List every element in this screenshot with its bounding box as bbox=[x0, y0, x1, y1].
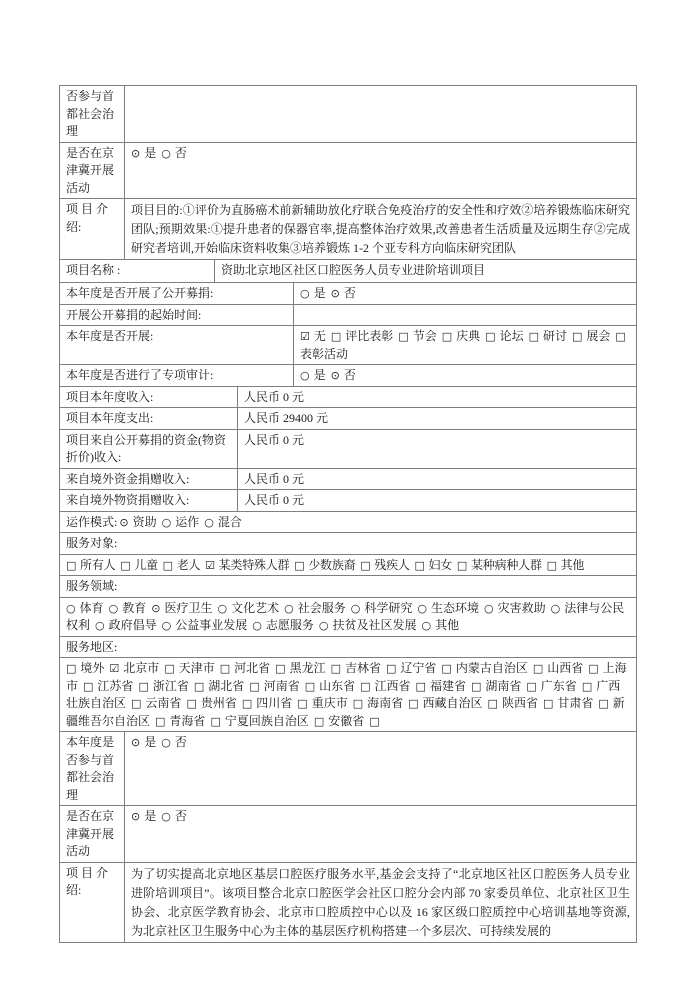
section-label: 服务对象: bbox=[60, 533, 637, 555]
form-option: □ 展会 bbox=[572, 329, 610, 343]
option-label: 山东省 bbox=[319, 679, 355, 693]
checkbox-unchecked-icon: □ bbox=[194, 680, 204, 693]
row-overseas-funds-income: 来自境外资金捐赠收入: 人民币 0 元 bbox=[60, 468, 637, 490]
option-label: 医疗卫生 bbox=[164, 601, 212, 615]
form-option: ○ 否 bbox=[161, 735, 187, 749]
form-option: □ 贵州省 bbox=[186, 696, 236, 710]
field-label: 来自境外资金捐赠收入: bbox=[60, 468, 238, 490]
form-option: □ 重庆市 bbox=[297, 696, 347, 710]
service-target-checkbox-group: □ 所有人 □ 儿童 □ 老人 ☑ 某类特殊人群 □ 少数族裔 □ 残疾人 □ … bbox=[60, 554, 637, 576]
field-label: 项 目 介 绍: bbox=[60, 862, 125, 942]
radio-unselected-icon: ○ bbox=[162, 619, 172, 632]
option-label: 甘肃省 bbox=[557, 696, 593, 710]
form-option: ○ 否 bbox=[161, 146, 187, 160]
option-label: 是 bbox=[144, 735, 156, 749]
form-option: ○ 政府倡导 bbox=[95, 618, 157, 632]
form-option: □ 山东省 bbox=[305, 679, 355, 693]
checkbox-unchecked-icon: □ bbox=[543, 697, 553, 710]
row-service-field-options: ○ 体育 ○ 教育 ⊙ 医疗卫生 ○ 文化艺术 ○ 社会服务 ○ 科学研究 ○ … bbox=[60, 597, 637, 636]
form-option: □ 庆典 bbox=[442, 329, 480, 343]
row-operation-mode: 运作模式:⊙ 资助 ○ 运作 ○ 混合 bbox=[60, 511, 637, 533]
option-label: 庆典 bbox=[456, 329, 480, 343]
form-option: □ 节会 bbox=[398, 329, 436, 343]
form-option: □ bbox=[369, 714, 380, 728]
checkbox-unchecked-icon: □ bbox=[164, 662, 174, 675]
checkbox-unchecked-icon: □ bbox=[155, 715, 165, 728]
form-option: ○ 科学研究 bbox=[351, 601, 413, 615]
amount-value: 人民币 0 元 bbox=[238, 386, 637, 408]
option-label: 体育 bbox=[80, 601, 104, 615]
radio-unselected-icon: ○ bbox=[300, 369, 310, 382]
radio-unselected-icon: ○ bbox=[422, 619, 432, 632]
option-label: 吉林省 bbox=[345, 661, 381, 675]
option-label: 河南省 bbox=[264, 679, 300, 693]
field-label: 本年度是否开展了公开募捐: bbox=[60, 283, 294, 305]
option-label: 福建省 bbox=[430, 679, 466, 693]
field-label: 是否在京津冀开展活动 bbox=[60, 806, 125, 863]
option-label: 科学研究 bbox=[364, 601, 412, 615]
row-project-name: 项目名称 : 资助北京地区社区口腔医务人员专业进阶培训项目 bbox=[60, 260, 637, 283]
checkbox-unchecked-icon: □ bbox=[163, 559, 173, 572]
option-label: 某类特殊人群 bbox=[219, 558, 290, 572]
row-service-field-header: 服务领域: bbox=[60, 576, 637, 598]
row-overseas-goods-income: 来自境外物资捐赠收入: 人民币 0 元 bbox=[60, 490, 637, 512]
checkbox-unchecked-icon: □ bbox=[360, 559, 370, 572]
option-label: 否 bbox=[344, 368, 356, 382]
option-label: 运作 bbox=[175, 515, 199, 529]
option-label: 灾害救助 bbox=[498, 601, 546, 615]
checkbox-unchecked-icon: □ bbox=[582, 680, 592, 693]
form-option: □ 陕西省 bbox=[488, 696, 538, 710]
checkbox-unchecked-icon: □ bbox=[533, 662, 543, 675]
form-option: □ 青海省 bbox=[155, 714, 205, 728]
radio-unselected-icon: ○ bbox=[351, 602, 361, 615]
option-label: 其他 bbox=[561, 558, 585, 572]
form-option: □ 湖北省 bbox=[194, 679, 244, 693]
form-option: □ 所有人 bbox=[66, 558, 115, 572]
option-label: 节会 bbox=[413, 329, 437, 343]
form-option: ⊙ 是 bbox=[131, 146, 156, 160]
row-fundraising-start-time: 开展公开募捐的起始时间: bbox=[60, 304, 637, 326]
form-option: □ 江苏省 bbox=[83, 679, 133, 693]
form-option: □ 研讨 bbox=[529, 329, 567, 343]
checkbox-unchecked-icon: □ bbox=[331, 330, 341, 343]
yes-no-radio-group: ⊙ 是 ○ 否 bbox=[125, 806, 637, 863]
form-option: □ 少数族裔 bbox=[294, 558, 355, 572]
form-option: □ 云南省 bbox=[131, 696, 181, 710]
amount-value: 人民币 0 元 bbox=[238, 490, 637, 512]
form-option: □ 江西省 bbox=[360, 679, 410, 693]
form-option: ○ 运作 bbox=[162, 515, 200, 529]
checkbox-unchecked-icon: □ bbox=[441, 662, 451, 675]
form-option: □ 宁夏回族自治区 bbox=[210, 714, 308, 728]
checkbox-unchecked-icon: □ bbox=[305, 680, 315, 693]
option-label: 内蒙古自治区 bbox=[456, 661, 528, 675]
operation-mode-radio-group: 运作模式:⊙ 资助 ○ 运作 ○ 混合 bbox=[60, 511, 637, 533]
form-option: □ 福建省 bbox=[416, 679, 466, 693]
checkbox-unchecked-icon: □ bbox=[386, 662, 396, 675]
option-label: 云南省 bbox=[145, 696, 181, 710]
checkbox-unchecked-icon: □ bbox=[408, 697, 418, 710]
form-option: □ 论坛 bbox=[485, 329, 523, 343]
form-option: □ 残疾人 bbox=[360, 558, 409, 572]
option-label: 儿童 bbox=[134, 558, 158, 572]
form-option: □ 河北省 bbox=[220, 661, 270, 675]
field-value bbox=[294, 304, 637, 326]
form-option: ⊙ 否 bbox=[331, 286, 356, 300]
row-annual-income: 项目本年度收入: 人民币 0 元 bbox=[60, 386, 637, 408]
option-label: 少数族裔 bbox=[308, 558, 355, 572]
field-label: 运作模式: bbox=[66, 515, 117, 529]
field-label: 来自境外物资捐赠收入: bbox=[60, 490, 238, 512]
checkbox-unchecked-icon: □ bbox=[360, 680, 370, 693]
checkbox-unchecked-icon: □ bbox=[131, 697, 141, 710]
field-label: 开展公开募捐的起始时间: bbox=[60, 304, 294, 326]
option-label: 辽宁省 bbox=[400, 661, 436, 675]
option-label: 生态环境 bbox=[431, 601, 479, 615]
option-label: 妇女 bbox=[429, 558, 453, 572]
radio-unselected-icon: ○ bbox=[252, 619, 262, 632]
checkbox-unchecked-icon: □ bbox=[120, 559, 130, 572]
checkbox-checked-icon: ☑ bbox=[109, 662, 119, 675]
checkbox-unchecked-icon: □ bbox=[471, 680, 481, 693]
option-label: 扶贫及社区发展 bbox=[333, 618, 417, 632]
option-label: 天津市 bbox=[179, 661, 215, 675]
checkbox-checked-icon: ☑ bbox=[300, 330, 310, 343]
form-option: □ 安徽省 bbox=[314, 714, 364, 728]
form-option: ⊙ 否 bbox=[331, 368, 356, 382]
radio-unselected-icon: ○ bbox=[109, 602, 119, 615]
row-annual-expenditure: 项目本年度支出: 人民币 29400 元 bbox=[60, 408, 637, 430]
checkbox-unchecked-icon: □ bbox=[275, 662, 285, 675]
option-label: 是 bbox=[144, 146, 156, 160]
checkbox-unchecked-icon: □ bbox=[369, 715, 379, 728]
project-intro-text: 为了切实提高北京地区基层口腔医疗服务水平,基金会支持了“北京地区社区口腔医务人员… bbox=[125, 862, 637, 942]
form-option: □ 境外 bbox=[66, 661, 104, 675]
option-label: 某种病种人群 bbox=[471, 558, 542, 572]
row-service-target-header: 服务对象: bbox=[60, 533, 637, 555]
checkbox-unchecked-icon: □ bbox=[572, 330, 582, 343]
form-option: ☑ 某类特殊人群 bbox=[205, 558, 289, 572]
form-option: ○ 社会服务 bbox=[284, 601, 346, 615]
checkbox-unchecked-icon: □ bbox=[138, 680, 148, 693]
annual-report-form-table: 否参与首都社会治理 是否在京津冀开展活动 ⊙ 是 ○ 否 项 目 介 绍: 项目… bbox=[59, 85, 637, 943]
amount-value: 人民币 0 元 bbox=[238, 429, 637, 468]
form-option: ⊙ 医疗卫生 bbox=[151, 601, 212, 615]
option-label: 否 bbox=[344, 286, 356, 300]
row-jingjinji-activities: 是否在京津冀开展活动 ⊙ 是 ○ 否 bbox=[60, 142, 637, 199]
radio-unselected-icon: ○ bbox=[204, 516, 214, 529]
project-intro-text: 项目目的:①评价为直肠癌术前新辅助放化疗联合免疫治疗的安全性和疗效②培养锻炼临床… bbox=[125, 199, 637, 260]
field-label: 本年度是否进行了专项审计: bbox=[60, 365, 294, 387]
form-option: ⊙ 是 bbox=[131, 735, 156, 749]
yes-no-radio-group: ⊙ 是 ○ 否 bbox=[125, 142, 637, 199]
checkbox-unchecked-icon: □ bbox=[526, 680, 536, 693]
radio-unselected-icon: ○ bbox=[161, 736, 171, 749]
option-label: 北京市 bbox=[123, 661, 159, 675]
form-option: ⊙ 是 bbox=[131, 809, 156, 823]
field-label: 是否在京津冀开展活动 bbox=[60, 142, 125, 199]
option-label: 其他 bbox=[435, 618, 459, 632]
option-label: 无 bbox=[314, 329, 326, 343]
option-label: 否 bbox=[175, 809, 187, 823]
option-label: 评比表彰 bbox=[345, 329, 393, 343]
checkbox-unchecked-icon: □ bbox=[529, 330, 539, 343]
row-public-fundraising: 本年度是否开展了公开募捐: ○ 是 ⊙ 否 bbox=[60, 283, 637, 305]
form-option: □ 老人 bbox=[163, 558, 201, 572]
form-option: □ 浙江省 bbox=[138, 679, 188, 693]
checkbox-unchecked-icon: □ bbox=[220, 662, 230, 675]
radio-selected-icon: ⊙ bbox=[331, 287, 340, 300]
yes-no-radio-group: ○ 是 ⊙ 否 bbox=[294, 283, 637, 305]
activity-checkbox-group: ☑ 无 □ 评比表彰 □ 节会 □ 庆典 □ 论坛 □ 研讨 □ 展会 □ 表彰… bbox=[294, 326, 637, 365]
form-option: ○ 是 bbox=[300, 286, 326, 300]
radio-unselected-icon: ○ bbox=[161, 810, 171, 823]
radio-selected-icon: ⊙ bbox=[331, 369, 340, 382]
checkbox-unchecked-icon: □ bbox=[485, 330, 495, 343]
checkbox-unchecked-icon: □ bbox=[353, 697, 363, 710]
field-label: 本年度是否开展: bbox=[60, 326, 294, 365]
document-page: 否参与首都社会治理 是否在京津冀开展活动 ⊙ 是 ○ 否 项 目 介 绍: 项目… bbox=[0, 0, 700, 989]
option-label: 海南省 bbox=[367, 696, 403, 710]
section-label: 服务领域: bbox=[60, 576, 637, 598]
option-label: 是 bbox=[314, 368, 326, 382]
form-option: □ 妇女 bbox=[414, 558, 452, 572]
option-label: 河北省 bbox=[234, 661, 270, 675]
form-option: ○ 灾害救助 bbox=[484, 601, 546, 615]
option-label: 境外 bbox=[80, 661, 104, 675]
form-option: ○ 其他 bbox=[422, 618, 460, 632]
checkbox-unchecked-icon: □ bbox=[416, 680, 426, 693]
option-label: 江苏省 bbox=[97, 679, 133, 693]
radio-unselected-icon: ○ bbox=[551, 602, 561, 615]
option-label: 湖南省 bbox=[485, 679, 521, 693]
option-label: 社会服务 bbox=[298, 601, 346, 615]
option-label: 公益事业发展 bbox=[175, 618, 247, 632]
service-area-checkbox-group: □ 境外 ☑ 北京市 □ 天津市 □ 河北省 □ 黑龙江 □ 吉林省 □ 辽宁省… bbox=[60, 658, 637, 732]
row-capital-governance-continued: 否参与首都社会治理 bbox=[60, 86, 637, 143]
checkbox-unchecked-icon: □ bbox=[210, 715, 220, 728]
checkbox-unchecked-icon: □ bbox=[442, 330, 452, 343]
checkbox-unchecked-icon: □ bbox=[488, 697, 498, 710]
form-option: □ 辽宁省 bbox=[386, 661, 436, 675]
form-option: □ 黑龙江 bbox=[275, 661, 325, 675]
checkbox-unchecked-icon: □ bbox=[314, 715, 324, 728]
option-label: 四川省 bbox=[256, 696, 292, 710]
field-label: 项目名称 : bbox=[60, 260, 215, 283]
row-activities-held: 本年度是否开展: ☑ 无 □ 评比表彰 □ 节会 □ 庆典 □ 论坛 □ 研讨 … bbox=[60, 326, 637, 365]
checkbox-unchecked-icon: □ bbox=[331, 662, 341, 675]
option-label: 江西省 bbox=[375, 679, 411, 693]
amount-value: 人民币 29400 元 bbox=[238, 408, 637, 430]
radio-unselected-icon: ○ bbox=[484, 602, 494, 615]
option-label: 西藏自治区 bbox=[423, 696, 483, 710]
option-label: 是 bbox=[144, 809, 156, 823]
checkbox-unchecked-icon: □ bbox=[66, 559, 76, 572]
form-option: □ 内蒙古自治区 bbox=[441, 661, 527, 675]
radio-unselected-icon: ○ bbox=[300, 287, 310, 300]
yes-no-radio-group: ⊙ 是 ○ 否 bbox=[125, 732, 637, 806]
radio-selected-icon: ⊙ bbox=[151, 602, 160, 615]
option-label: 重庆市 bbox=[312, 696, 348, 710]
radio-unselected-icon: ○ bbox=[284, 602, 294, 615]
field-label: 否参与首都社会治理 bbox=[60, 86, 125, 143]
form-option: □ 某种病种人群 bbox=[457, 558, 542, 572]
field-label: 项目本年度收入: bbox=[60, 386, 238, 408]
option-label: 宁夏回族自治区 bbox=[225, 714, 309, 728]
field-label: 项目来自公开募捐的资金(物资折价)收入: bbox=[60, 429, 238, 468]
row-project-intro-1: 项 目 介 绍: 项目目的:①评价为直肠癌术前新辅助放化疗联合免疫治疗的安全性和… bbox=[60, 199, 637, 260]
option-label: 山西省 bbox=[547, 661, 583, 675]
form-option: □ 河南省 bbox=[249, 679, 299, 693]
checkbox-unchecked-icon: □ bbox=[598, 697, 608, 710]
radio-unselected-icon: ○ bbox=[66, 602, 76, 615]
checkbox-unchecked-icon: □ bbox=[294, 559, 304, 572]
option-label: 资助 bbox=[133, 515, 157, 529]
form-option: ○ 生态环境 bbox=[417, 601, 479, 615]
option-label: 浙江省 bbox=[153, 679, 189, 693]
radio-selected-icon: ⊙ bbox=[131, 736, 140, 749]
option-label: 表彰活动 bbox=[300, 347, 348, 361]
row-public-fundraising-income: 项目来自公开募捐的资金(物资折价)收入: 人民币 0 元 bbox=[60, 429, 637, 468]
checkbox-unchecked-icon: □ bbox=[457, 559, 467, 572]
form-option: □ 湖南省 bbox=[471, 679, 521, 693]
row-service-area-header: 服务地区: bbox=[60, 636, 637, 658]
checkbox-unchecked-icon: □ bbox=[186, 697, 196, 710]
radio-unselected-icon: ○ bbox=[217, 602, 227, 615]
form-option: ○ 文化艺术 bbox=[217, 601, 279, 615]
radio-selected-icon: ⊙ bbox=[131, 147, 140, 160]
form-option: □ 吉林省 bbox=[331, 661, 381, 675]
radio-selected-icon: ⊙ bbox=[119, 516, 128, 529]
field-value bbox=[125, 86, 637, 143]
checkbox-checked-icon: ☑ bbox=[205, 559, 215, 572]
section-label: 服务地区: bbox=[60, 636, 637, 658]
form-option: □ 天津市 bbox=[164, 661, 214, 675]
row-capital-governance: 本年度是否参与首都社会治理 ⊙ 是 ○ 否 bbox=[60, 732, 637, 806]
form-option: ○ 扶贫及社区发展 bbox=[319, 618, 417, 632]
field-label: 本年度是否参与首都社会治理 bbox=[60, 732, 125, 806]
form-option: ⊙ 资助 bbox=[119, 515, 156, 529]
option-label: 政府倡导 bbox=[109, 618, 157, 632]
form-option: ☑ 北京市 bbox=[109, 661, 159, 675]
form-option: □ 儿童 bbox=[120, 558, 158, 572]
option-label: 陕西省 bbox=[502, 696, 538, 710]
form-option: □ 山西省 bbox=[533, 661, 583, 675]
form-option: □ 其他 bbox=[547, 558, 585, 572]
form-option: ○ 公益事业发展 bbox=[162, 618, 248, 632]
form-option: ☑ 无 bbox=[300, 329, 326, 343]
row-service-area-options: □ 境外 ☑ 北京市 □ 天津市 □ 河北省 □ 黑龙江 □ 吉林省 □ 辽宁省… bbox=[60, 658, 637, 732]
row-project-intro-2: 项 目 介 绍: 为了切实提高北京地区基层口腔医疗服务水平,基金会支持了“北京地… bbox=[60, 862, 637, 942]
checkbox-unchecked-icon: □ bbox=[398, 330, 408, 343]
form-option: ○ 体育 bbox=[66, 601, 104, 615]
checkbox-unchecked-icon: □ bbox=[547, 559, 557, 572]
checkbox-unchecked-icon: □ bbox=[242, 697, 252, 710]
option-label: 所有人 bbox=[80, 558, 115, 572]
option-label: 志愿服务 bbox=[266, 618, 314, 632]
option-label: 湖北省 bbox=[208, 679, 244, 693]
form-option: □ 评比表彰 bbox=[331, 329, 393, 343]
radio-unselected-icon: ○ bbox=[417, 602, 427, 615]
form-option: ○ 否 bbox=[161, 809, 187, 823]
option-label: 是 bbox=[314, 286, 326, 300]
option-label: 混合 bbox=[218, 515, 242, 529]
option-label: 老人 bbox=[177, 558, 201, 572]
radio-unselected-icon: ○ bbox=[95, 619, 105, 632]
option-label: 否 bbox=[175, 146, 187, 160]
option-label: 残疾人 bbox=[374, 558, 409, 572]
option-label: 教育 bbox=[122, 601, 146, 615]
project-name-value: 资助北京地区社区口腔医务人员专业进阶培训项目 bbox=[215, 260, 637, 283]
option-label: 青海省 bbox=[169, 714, 205, 728]
option-label: 文化艺术 bbox=[231, 601, 279, 615]
option-label: 安徽省 bbox=[328, 714, 364, 728]
checkbox-unchecked-icon: □ bbox=[66, 662, 76, 675]
form-option: □ 广东省 bbox=[526, 679, 576, 693]
form-option: □ 海南省 bbox=[353, 696, 403, 710]
checkbox-unchecked-icon: □ bbox=[615, 330, 625, 343]
row-jingjinji-activities-2: 是否在京津冀开展活动 ⊙ 是 ○ 否 bbox=[60, 806, 637, 863]
form-option: ○ 混合 bbox=[204, 515, 242, 529]
radio-unselected-icon: ○ bbox=[161, 147, 171, 160]
checkbox-unchecked-icon: □ bbox=[297, 697, 307, 710]
radio-unselected-icon: ○ bbox=[319, 619, 329, 632]
radio-selected-icon: ⊙ bbox=[131, 810, 140, 823]
checkbox-unchecked-icon: □ bbox=[249, 680, 259, 693]
option-label: 广东省 bbox=[541, 679, 577, 693]
form-option: □ 甘肃省 bbox=[543, 696, 593, 710]
option-label: 研讨 bbox=[543, 329, 567, 343]
option-label: 论坛 bbox=[500, 329, 524, 343]
checkbox-unchecked-icon: □ bbox=[414, 559, 424, 572]
option-label: 贵州省 bbox=[201, 696, 237, 710]
checkbox-unchecked-icon: □ bbox=[83, 680, 93, 693]
yes-no-radio-group: ○ 是 ⊙ 否 bbox=[294, 365, 637, 387]
amount-value: 人民币 0 元 bbox=[238, 468, 637, 490]
radio-unselected-icon: ○ bbox=[162, 516, 172, 529]
form-option: ○ 志愿服务 bbox=[252, 618, 314, 632]
form-option: ○ 是 bbox=[300, 368, 326, 382]
option-label: 黑龙江 bbox=[290, 661, 326, 675]
row-special-audit: 本年度是否进行了专项审计: ○ 是 ⊙ 否 bbox=[60, 365, 637, 387]
field-label: 项目本年度支出: bbox=[60, 408, 238, 430]
form-option: □ 西藏自治区 bbox=[408, 696, 482, 710]
form-option: □ 四川省 bbox=[242, 696, 292, 710]
field-label: 项 目 介 绍: bbox=[60, 199, 125, 260]
service-field-radio-group: ○ 体育 ○ 教育 ⊙ 医疗卫生 ○ 文化艺术 ○ 社会服务 ○ 科学研究 ○ … bbox=[60, 597, 637, 636]
option-label: 展会 bbox=[586, 329, 610, 343]
option-label: 否 bbox=[175, 735, 187, 749]
checkbox-unchecked-icon: □ bbox=[588, 662, 598, 675]
row-service-target-options: □ 所有人 □ 儿童 □ 老人 ☑ 某类特殊人群 □ 少数族裔 □ 残疾人 □ … bbox=[60, 554, 637, 576]
form-option: ○ 教育 bbox=[109, 601, 147, 615]
